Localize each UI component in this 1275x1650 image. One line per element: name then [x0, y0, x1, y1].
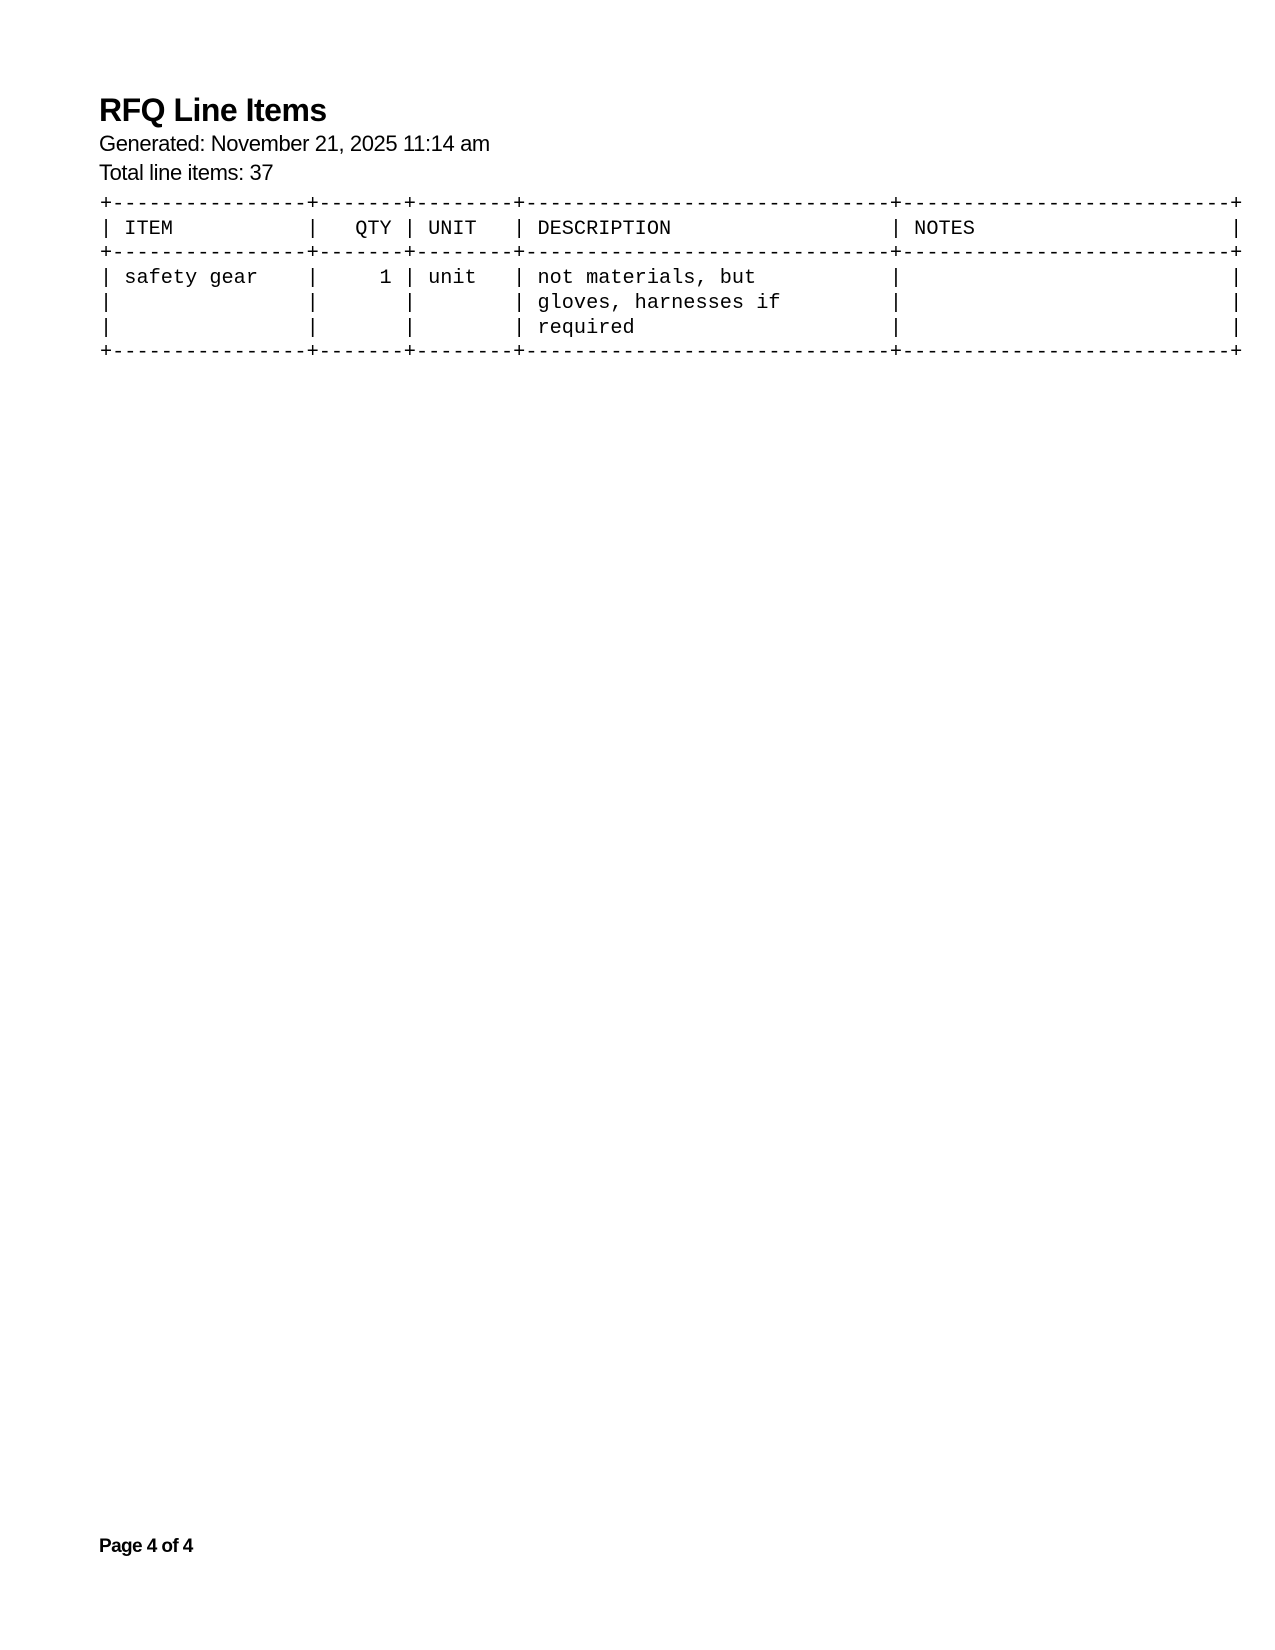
table-row: | safety gear | 1 | unit | not materials… [100, 267, 1242, 290]
table-row-continuation: | | | | gloves, harnesses if | | [100, 292, 1242, 315]
table-border-top: +----------------+-------+--------+-----… [100, 193, 1242, 216]
table-row-continuation: | | | | required | | [100, 317, 1242, 340]
table-header-border: +----------------+-------+--------+-----… [100, 242, 1242, 265]
table-header-row: | ITEM | QTY | UNIT | DESCRIPTION | NOTE… [100, 218, 1242, 241]
page-number: Page 4 of 4 [99, 1536, 193, 1558]
page-title: RFQ Line Items [99, 92, 327, 129]
generated-timestamp: Generated: November 21, 2025 11:14 am [99, 131, 490, 157]
table-border-bottom: +----------------+-------+--------+-----… [100, 341, 1242, 364]
total-line-items: Total line items: 37 [99, 160, 273, 186]
line-items-table: +----------------+-------+--------+-----… [100, 193, 1242, 366]
